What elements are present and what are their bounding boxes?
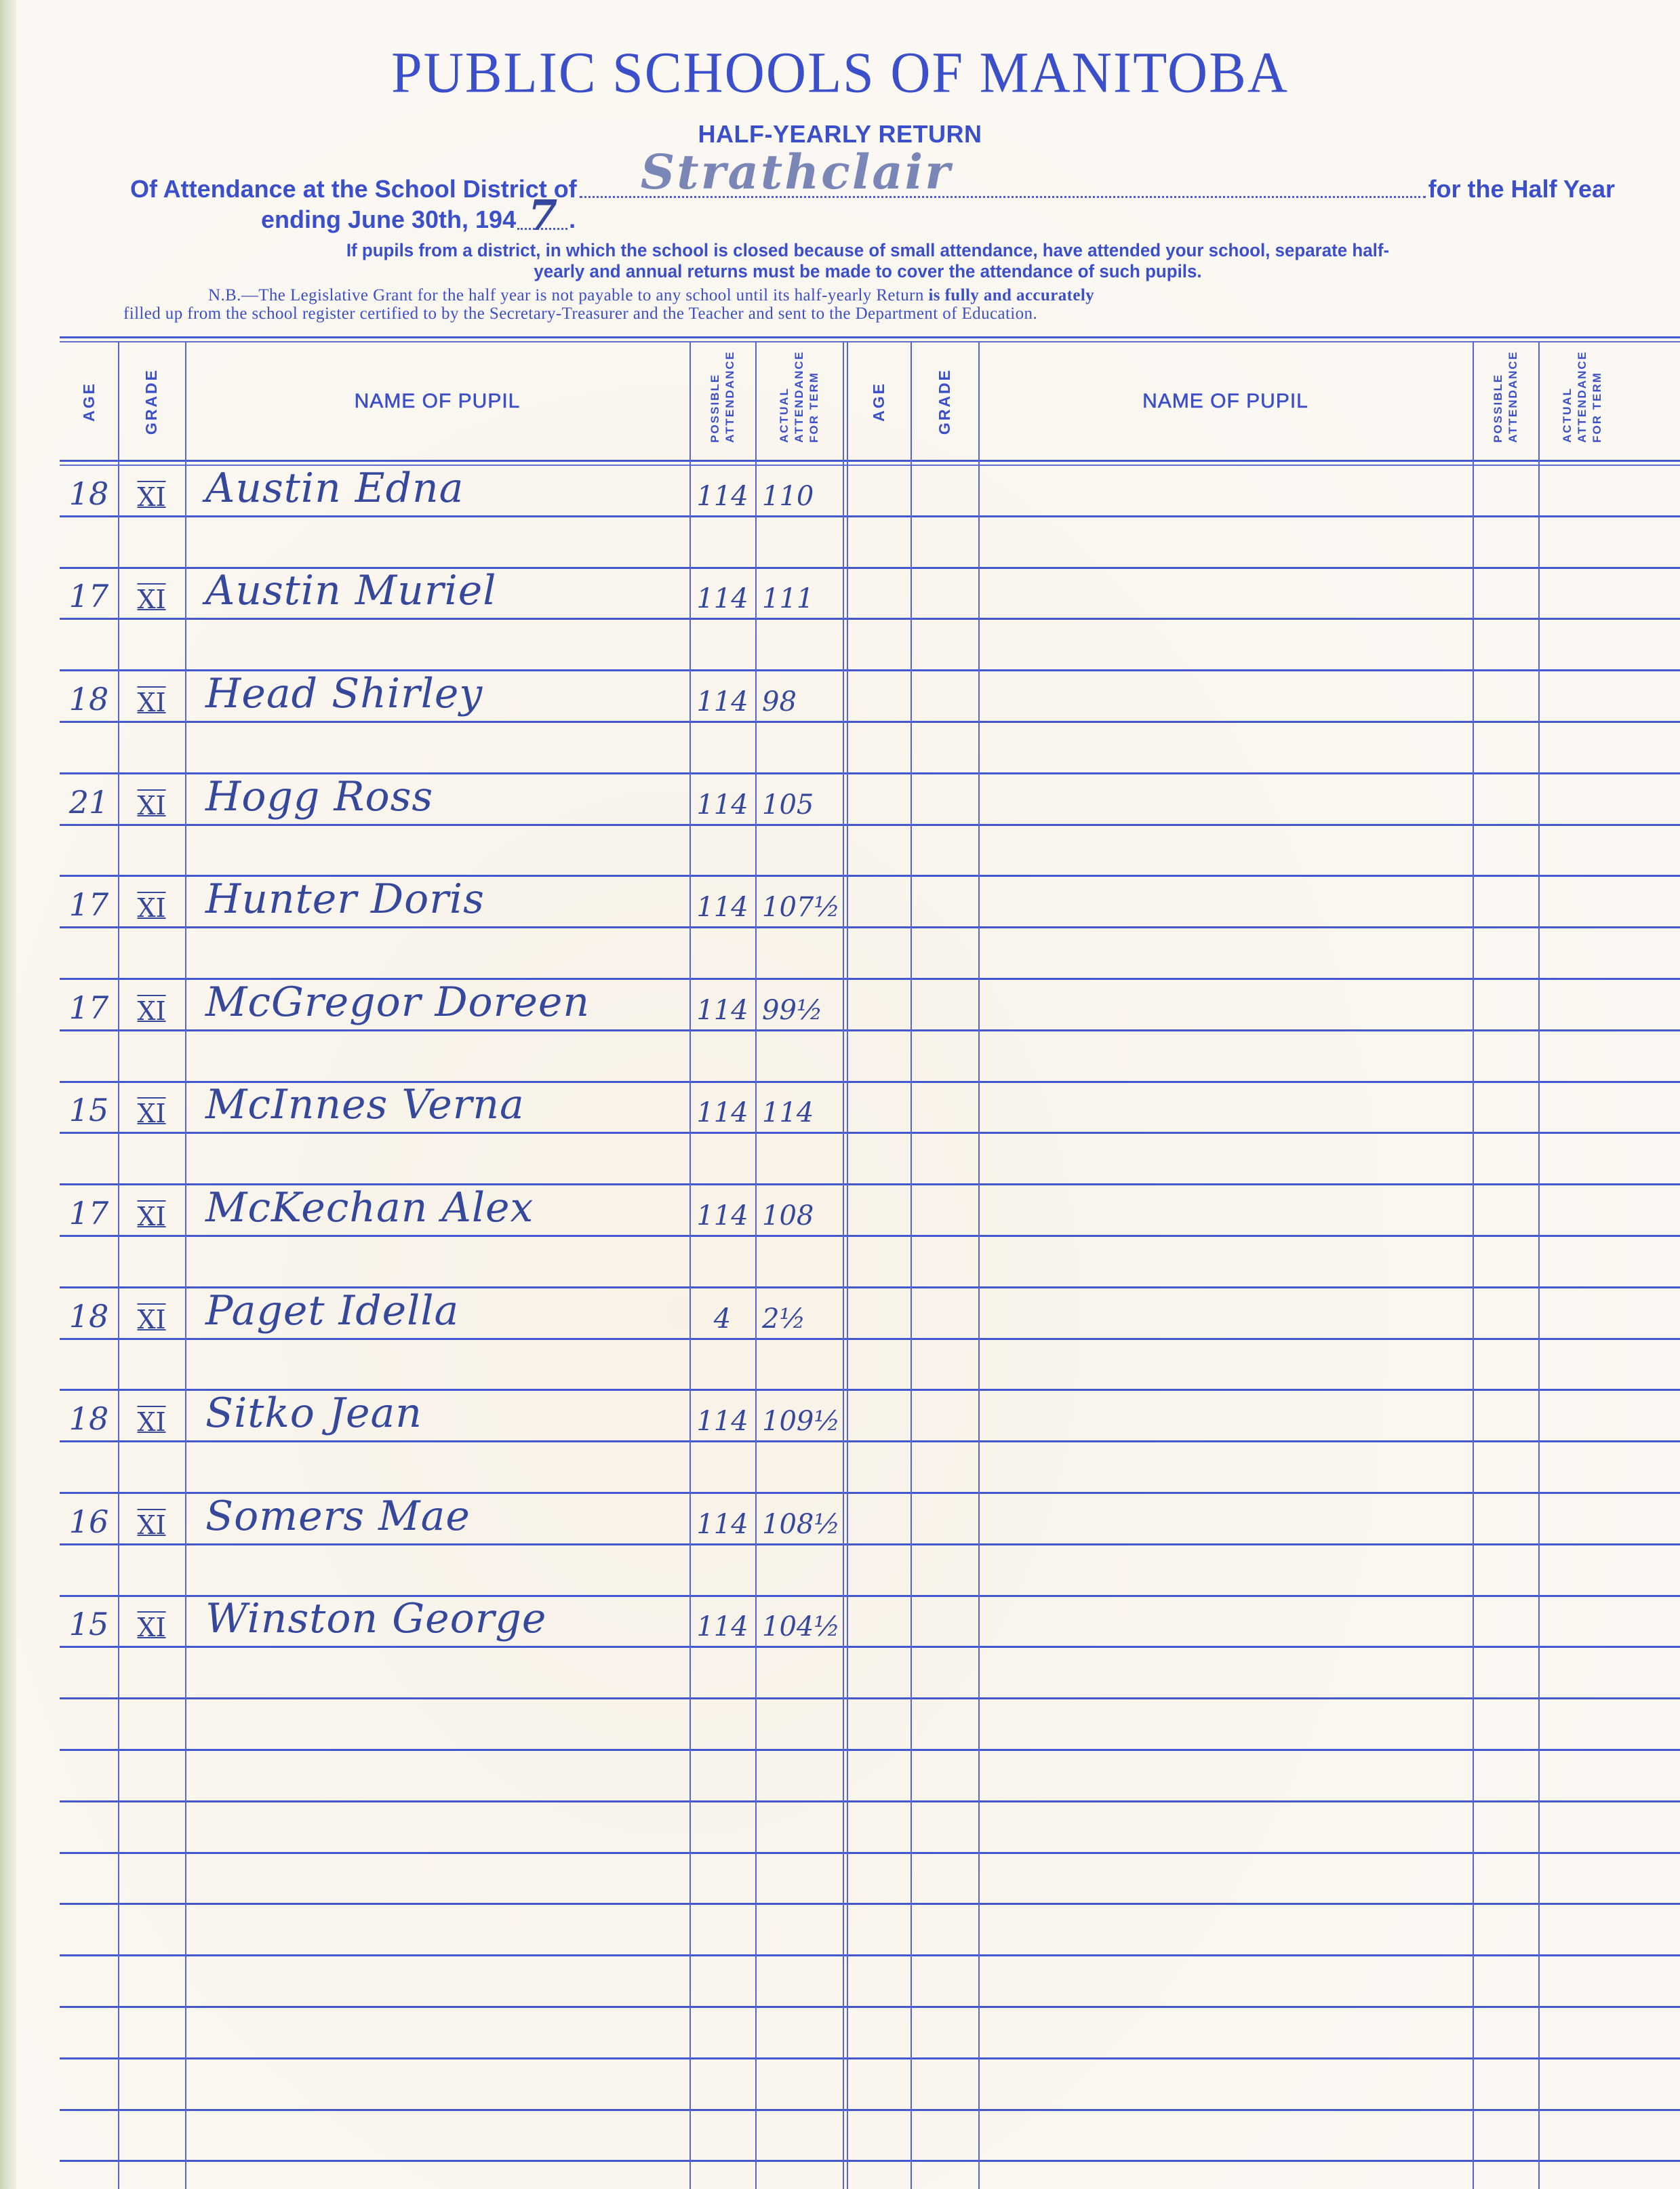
possible-value: 4 bbox=[714, 1303, 731, 1335]
cell-possible: 114 bbox=[689, 465, 755, 516]
possible-value: 114 bbox=[696, 1200, 748, 1231]
cell-age: 18 bbox=[60, 670, 118, 722]
cell-grade: XI bbox=[118, 1389, 185, 1441]
name-value: Winston George bbox=[205, 1595, 546, 1642]
cell-actual: 108 bbox=[755, 1184, 849, 1236]
possible-value: 114 bbox=[696, 583, 748, 614]
grade-value: XI bbox=[137, 1613, 165, 1642]
possible-l1: POSSIBLE bbox=[708, 374, 721, 443]
cell-age: 17 bbox=[60, 979, 118, 1030]
cell-possible: 114 bbox=[689, 1389, 755, 1441]
nb-line-1-text: N.B.—The Legislative Grant for the half … bbox=[208, 286, 928, 304]
age-value: 18 bbox=[69, 475, 109, 512]
cell-grade: XI bbox=[118, 1493, 185, 1544]
possible-l2: ATTENDANCE bbox=[723, 351, 736, 443]
grade-header-text: GRADE bbox=[143, 368, 160, 435]
actual-value: 98 bbox=[762, 686, 797, 717]
name-value: Paget Idella bbox=[205, 1287, 459, 1335]
cell-actual: 104½ bbox=[755, 1595, 849, 1646]
possible-l1-right: POSSIBLE bbox=[1492, 374, 1504, 443]
cell-possible: 114 bbox=[689, 567, 755, 618]
col-header-name: NAME OF PUPIL bbox=[185, 342, 689, 460]
name-value: McKechan Alex bbox=[205, 1184, 534, 1231]
name-header-text-right: NAME OF PUPIL bbox=[1142, 390, 1308, 413]
cell-name: Somers Mae bbox=[185, 1493, 710, 1544]
grade-value: XI bbox=[137, 893, 165, 923]
actual-l3: FOR TERM bbox=[807, 372, 820, 443]
age-header-text-right: AGE bbox=[871, 382, 887, 422]
row-rule bbox=[60, 1852, 1680, 1854]
cell-name: McGregor Doreen bbox=[185, 979, 710, 1030]
possible-header-text: POSSIBLEATTENDANCE bbox=[708, 351, 738, 443]
actual-value: 99½ bbox=[762, 995, 823, 1026]
half-year-label: for the Half Year bbox=[1428, 175, 1615, 203]
cell-grade: XI bbox=[118, 979, 185, 1030]
age-value: 21 bbox=[69, 784, 109, 821]
column-rule bbox=[1538, 341, 1540, 2189]
age-header-text: AGE bbox=[81, 382, 98, 422]
instructions-line-2: yearly and annual returns must be made t… bbox=[145, 261, 1590, 282]
col-header-grade-right: GRADE bbox=[911, 342, 978, 460]
name-value: Hogg Ross bbox=[205, 773, 433, 821]
cell-age: 18 bbox=[60, 465, 118, 516]
actual-value: 108 bbox=[762, 1200, 814, 1231]
grade-value: XI bbox=[137, 1510, 165, 1540]
cell-possible: 114 bbox=[689, 1595, 755, 1646]
possible-value: 114 bbox=[696, 995, 748, 1026]
actual-value: 107½ bbox=[762, 892, 840, 923]
cell-actual: 98 bbox=[755, 670, 849, 722]
name-header-text: NAME OF PUPIL bbox=[355, 390, 521, 413]
age-value: 15 bbox=[69, 1606, 109, 1642]
grade-value: XI bbox=[137, 1202, 165, 1231]
cell-age: 21 bbox=[60, 773, 118, 825]
cell-name: Austin Muriel bbox=[185, 567, 710, 618]
grade-header-text-right: GRADE bbox=[936, 368, 953, 435]
cell-name: Hunter Doris bbox=[185, 875, 710, 927]
row-rule bbox=[60, 1800, 1680, 1802]
name-value: McInnes Verna bbox=[205, 1081, 525, 1128]
cell-possible: 114 bbox=[689, 1184, 755, 1236]
cell-possible: 4 bbox=[689, 1287, 755, 1339]
grade-value: XI bbox=[137, 996, 165, 1026]
name-value: Austin Muriel bbox=[205, 567, 496, 614]
name-value: Hunter Doris bbox=[205, 875, 485, 923]
cell-name: Head Shirley bbox=[185, 670, 710, 722]
cell-actual: 2½ bbox=[755, 1287, 849, 1339]
actual-l3-right: FOR TERM bbox=[1591, 372, 1603, 443]
year-field[interactable]: 7 bbox=[517, 203, 567, 230]
cell-actual: 105 bbox=[755, 773, 849, 825]
cell-grade: XI bbox=[118, 875, 185, 927]
actual-l2-right: ATTENDANCE bbox=[1576, 351, 1588, 443]
cell-possible: 114 bbox=[689, 1493, 755, 1544]
cell-grade: XI bbox=[118, 773, 185, 825]
row-rule bbox=[60, 1697, 1680, 1699]
actual-header-text-right: ACTUALATTENDANCEFOR TERM bbox=[1560, 351, 1605, 443]
cell-age: 17 bbox=[60, 875, 118, 927]
cell-actual: 114 bbox=[755, 1081, 849, 1132]
age-value: 18 bbox=[69, 1400, 109, 1437]
actual-value: 109½ bbox=[762, 1406, 840, 1437]
possible-value: 114 bbox=[696, 1509, 748, 1540]
cell-name: Austin Edna bbox=[185, 465, 710, 516]
possible-value: 114 bbox=[696, 1097, 748, 1128]
possible-l2-right: ATTENDANCE bbox=[1506, 351, 1519, 443]
row-rule bbox=[60, 2160, 1680, 2162]
col-header-name-right: NAME OF PUPIL bbox=[978, 342, 1473, 460]
name-value: Head Shirley bbox=[205, 670, 483, 717]
form-title: PUBLIC SCHOOLS OF MANITOBA bbox=[0, 43, 1680, 102]
actual-value: 104½ bbox=[762, 1611, 840, 1642]
column-rule bbox=[1473, 341, 1474, 2189]
cell-actual: 99½ bbox=[755, 979, 849, 1030]
cell-grade: XI bbox=[118, 1595, 185, 1646]
age-value: 16 bbox=[69, 1503, 109, 1540]
ending-label: ending June 30th, 194 bbox=[261, 205, 516, 234]
cell-age: 15 bbox=[60, 1081, 118, 1132]
col-header-actual-right: ACTUALATTENDANCEFOR TERM bbox=[1538, 342, 1626, 460]
row-rule bbox=[60, 1954, 1680, 1956]
nb-line-2: filled up from the school register certi… bbox=[123, 304, 1612, 323]
cell-grade: XI bbox=[118, 670, 185, 722]
row-rule bbox=[60, 2057, 1680, 2059]
actual-value: 108½ bbox=[762, 1509, 840, 1540]
actual-value: 114 bbox=[762, 1097, 814, 1128]
cell-age: 18 bbox=[60, 1389, 118, 1441]
cell-name: Winston George bbox=[185, 1595, 710, 1646]
cell-possible: 114 bbox=[689, 979, 755, 1030]
actual-l1-right: ACTUAL bbox=[1561, 387, 1574, 443]
district-line: Of Attendance at the School District of … bbox=[130, 171, 1615, 203]
cell-possible: 114 bbox=[689, 875, 755, 927]
col-header-grade: GRADE bbox=[118, 342, 185, 460]
form-subtitle: HALF-YEARLY RETURN bbox=[0, 122, 1680, 146]
column-rule bbox=[911, 341, 912, 2189]
district-field[interactable]: Strathclair bbox=[580, 169, 1426, 198]
name-value: Austin Edna bbox=[205, 465, 464, 512]
col-header-age: AGE bbox=[60, 342, 118, 460]
possible-header-text-right: POSSIBLEATTENDANCE bbox=[1491, 351, 1521, 443]
col-header-possible: POSSIBLEATTENDANCE bbox=[689, 342, 755, 460]
name-value: Sitko Jean bbox=[205, 1389, 422, 1437]
cell-grade: XI bbox=[118, 1287, 185, 1339]
age-value: 15 bbox=[69, 1092, 109, 1128]
grade-value: XI bbox=[137, 585, 165, 614]
row-rule bbox=[60, 1749, 1680, 1751]
page-edge bbox=[0, 0, 16, 2189]
district-label: Of Attendance at the School District of bbox=[130, 175, 577, 203]
cell-age: 17 bbox=[60, 1184, 118, 1236]
nb-line-1-bold: is fully and accurately bbox=[928, 286, 1094, 304]
cell-age: 17 bbox=[60, 567, 118, 618]
ending-line: ending June 30th, 194 7 . bbox=[261, 203, 576, 234]
ending-period: . bbox=[569, 205, 576, 234]
cell-possible: 114 bbox=[689, 670, 755, 722]
nb-line-1: N.B.—The Legislative Grant for the half … bbox=[123, 286, 1612, 304]
name-value: McGregor Doreen bbox=[205, 979, 590, 1026]
col-header-possible-right: POSSIBLEATTENDANCE bbox=[1473, 342, 1538, 460]
grade-value: XI bbox=[137, 1305, 165, 1335]
cell-possible: 114 bbox=[689, 773, 755, 825]
actual-header-text: ACTUALATTENDANCEFOR TERM bbox=[777, 351, 822, 443]
possible-value: 114 bbox=[696, 789, 748, 821]
cell-age: 16 bbox=[60, 1493, 118, 1544]
age-value: 17 bbox=[69, 886, 109, 923]
actual-l2: ATTENDANCE bbox=[793, 351, 805, 443]
cell-name: McInnes Verna bbox=[185, 1081, 710, 1132]
grade-value: XI bbox=[137, 1099, 165, 1128]
cell-name: McKechan Alex bbox=[185, 1184, 710, 1236]
row-rule bbox=[60, 2006, 1680, 2008]
grade-value: XI bbox=[137, 791, 165, 821]
cell-grade: XI bbox=[118, 1081, 185, 1132]
possible-value: 114 bbox=[696, 892, 748, 923]
district-value: Strathclair bbox=[641, 144, 952, 200]
possible-value: 114 bbox=[696, 686, 748, 717]
col-header-age-right: AGE bbox=[847, 342, 911, 460]
age-value: 17 bbox=[69, 989, 109, 1026]
actual-value: 2½ bbox=[762, 1303, 805, 1335]
instructions-line-1: If pupils from a district, in which the … bbox=[145, 240, 1590, 261]
actual-l1: ACTUAL bbox=[778, 387, 791, 443]
year-digit: 7 bbox=[528, 191, 557, 240]
cell-actual: 108½ bbox=[755, 1493, 849, 1544]
cell-actual: 111 bbox=[755, 567, 849, 618]
row-rule bbox=[60, 1903, 1680, 1905]
possible-value: 114 bbox=[696, 1611, 748, 1642]
cell-grade: XI bbox=[118, 567, 185, 618]
actual-value: 111 bbox=[762, 583, 814, 614]
cell-possible: 114 bbox=[689, 1081, 755, 1132]
grade-value: XI bbox=[137, 1407, 165, 1437]
grade-value: XI bbox=[137, 482, 165, 512]
actual-value: 110 bbox=[762, 481, 814, 512]
possible-value: 114 bbox=[696, 1406, 748, 1437]
row-rule bbox=[60, 2109, 1680, 2111]
cell-age: 18 bbox=[60, 1287, 118, 1339]
cell-actual: 109½ bbox=[755, 1389, 849, 1441]
grade-value: XI bbox=[137, 688, 165, 717]
possible-value: 114 bbox=[696, 481, 748, 512]
cell-grade: XI bbox=[118, 1184, 185, 1236]
age-value: 18 bbox=[69, 681, 109, 717]
nb-note: N.B.—The Legislative Grant for the half … bbox=[123, 286, 1612, 323]
cell-name: Hogg Ross bbox=[185, 773, 710, 825]
name-value: Somers Mae bbox=[205, 1493, 471, 1540]
cell-name: Sitko Jean bbox=[185, 1389, 710, 1441]
cell-actual: 107½ bbox=[755, 875, 849, 927]
instructions: If pupils from a district, in which the … bbox=[145, 240, 1590, 282]
cell-actual: 110 bbox=[755, 465, 849, 516]
table-top-rule bbox=[60, 336, 1680, 338]
cell-name: Paget Idella bbox=[185, 1287, 710, 1339]
age-value: 18 bbox=[69, 1298, 109, 1335]
col-header-actual: ACTUALATTENDANCEFOR TERM bbox=[755, 342, 843, 460]
actual-value: 105 bbox=[762, 789, 814, 821]
column-rule bbox=[978, 341, 980, 2189]
age-value: 17 bbox=[69, 578, 109, 614]
cell-grade: XI bbox=[118, 465, 185, 516]
cell-age: 15 bbox=[60, 1595, 118, 1646]
age-value: 17 bbox=[69, 1195, 109, 1231]
